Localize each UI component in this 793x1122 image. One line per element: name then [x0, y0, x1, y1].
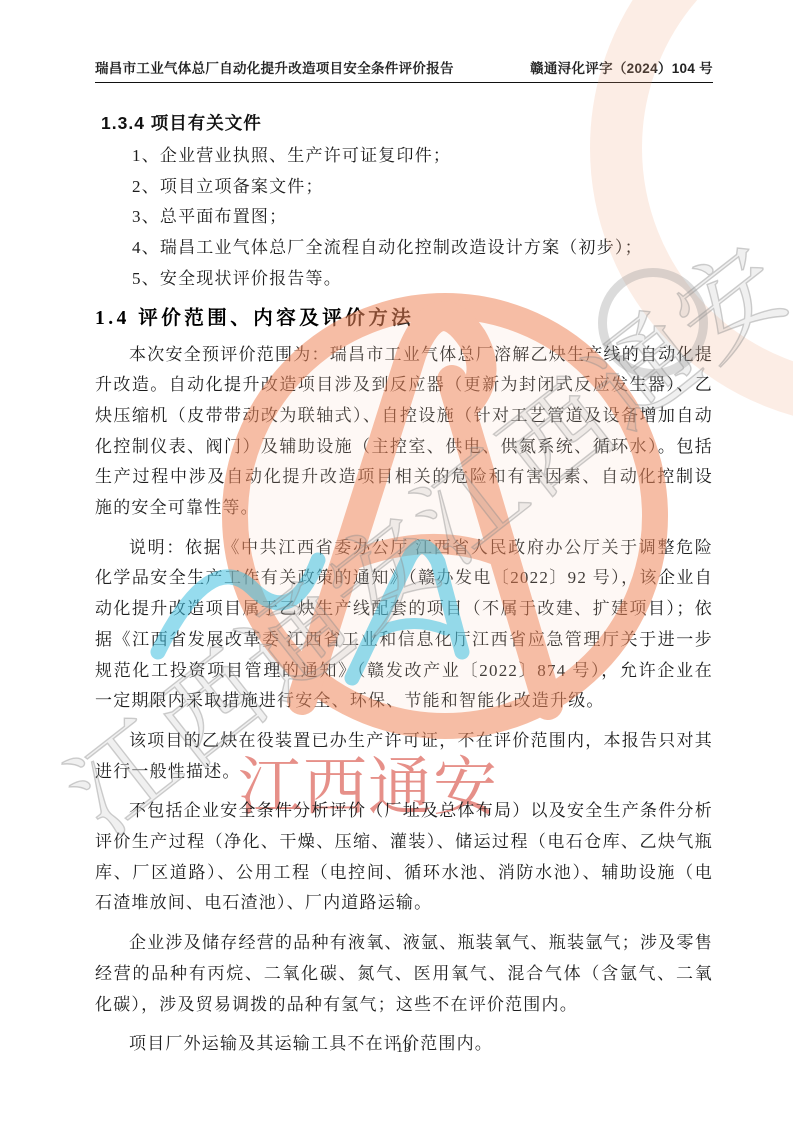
header-doc-number: 赣通浔化评字（2024）104 号: [530, 57, 713, 77]
paragraph: 本次安全预评价范围为：瑞昌市工业气体总厂溶解乙炔生产线的自动化提升改造。自动化提…: [95, 340, 713, 524]
section-1-4-body: 本次安全预评价范围为：瑞昌市工业气体总厂溶解乙炔生产线的自动化提升改造。自动化提…: [95, 340, 713, 1060]
related-documents-list: 1、企业营业执照、生产许可证复印件； 2、项目立项备案文件； 3、总平面布置图；…: [95, 141, 713, 295]
paragraph: 不包括企业安全条件分析评价（厂址及总体布局）以及安全生产条件分析评价生产过程（净…: [95, 796, 713, 919]
paragraph: 说明：依据《中共江西省委办公厅 江西省人民政府办公厅关于调整危险化学品安全生产工…: [95, 533, 713, 717]
section-heading-1-4: 1.4 评价范围、内容及评价方法: [95, 307, 713, 331]
list-item: 1、企业营业执照、生产许可证复印件；: [95, 141, 713, 172]
document-content: 瑞昌市工业气体总厂自动化提升改造项目安全条件评价报告 赣通浔化评字（2024）1…: [95, 0, 713, 1122]
list-item: 3、总平面布置图；: [95, 202, 713, 233]
report-page: 江西通安 瑞昌市工业气体总厂自动化提升改造项目安全条件评价报告 赣通浔化评字（2…: [0, 0, 793, 1122]
list-item: 5、安全现状评价报告等。: [95, 264, 713, 295]
paragraph: 该项目的乙炔在役装置已办生产许可证，不在评价范围内，本报告只对其进行一般性描述。: [95, 726, 713, 787]
paragraph: 企业涉及储存经营的品种有液氧、液氩、瓶装氧气、瓶装氩气；涉及零售经营的品种有丙烷…: [95, 928, 713, 1020]
page-number: 13: [95, 1040, 713, 1056]
list-item: 4、瑞昌工业气体总厂全流程自动化控制改造设计方案（初步）；: [95, 233, 713, 264]
list-item: 2、项目立项备案文件；: [95, 172, 713, 203]
header-report-title: 瑞昌市工业气体总厂自动化提升改造项目安全条件评价报告: [95, 57, 454, 77]
page-header: 瑞昌市工业气体总厂自动化提升改造项目安全条件评价报告 赣通浔化评字（2024）1…: [95, 57, 713, 83]
section-heading-1-3-4: 1.3.4 项目有关文件: [101, 110, 713, 135]
